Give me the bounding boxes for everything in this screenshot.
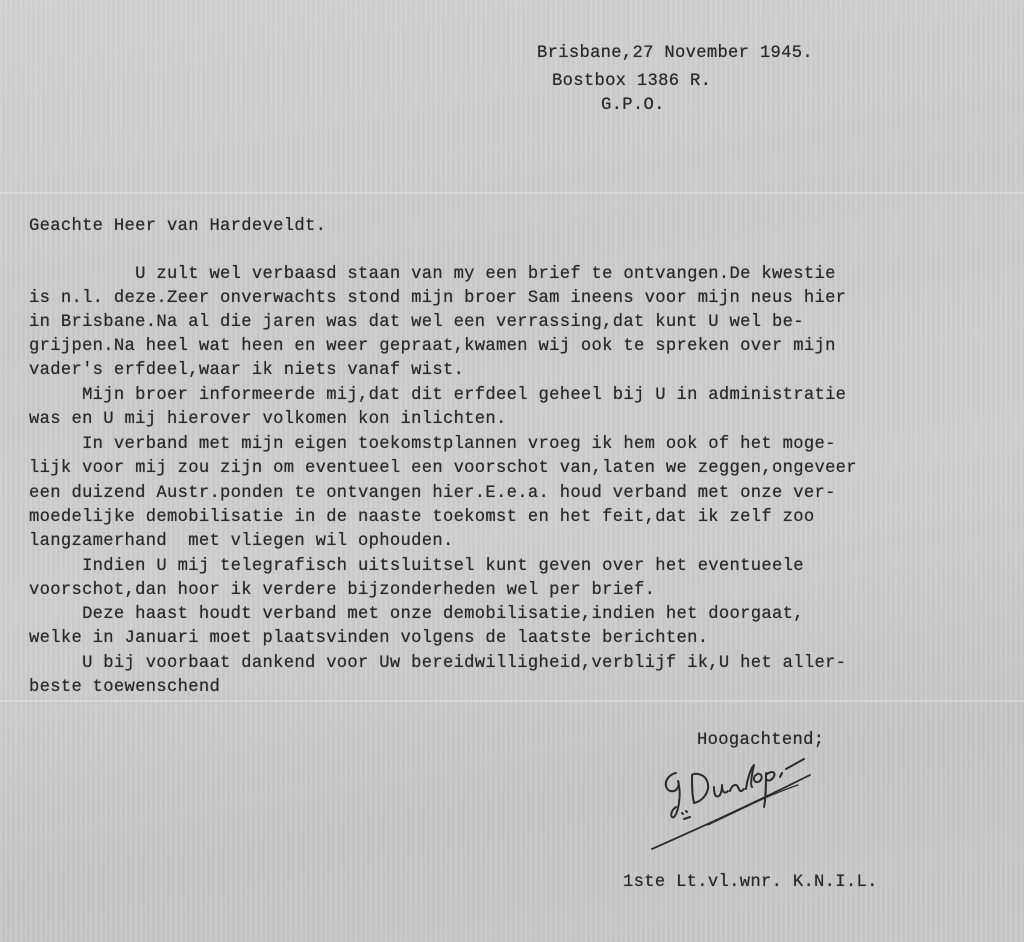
gpo: G.P.O. <box>601 96 665 116</box>
body-line: In verband met mijn eigen toekomstplanne… <box>29 435 836 455</box>
handwritten-signature <box>648 745 818 855</box>
paper-fold <box>0 192 1024 194</box>
postbox: Bostbox 1386 R. <box>552 72 711 92</box>
paper-fold <box>0 700 1024 702</box>
body-line: voorschot,dan hoor ik verdere bijzonderh… <box>29 581 655 601</box>
body-line: in Brisbane.Na al die jaren was dat wel … <box>29 313 804 333</box>
body-line: moedelijke demobilisatie in de naaste to… <box>29 508 814 528</box>
body-line: was en U mij hierover volkomen kon inlic… <box>29 410 507 430</box>
letter-page: Brisbane,27 November 1945. Bostbox 1386 … <box>0 0 1024 942</box>
body-line: langzamerhand met vliegen wil ophouden. <box>29 532 454 552</box>
sign-off-title: 1ste Lt.vl.wnr. K.N.I.L. <box>623 873 878 893</box>
body-line: Deze haast houdt verband met onze demobi… <box>29 605 804 625</box>
body-line: vader's erfdeel,waar ik niets vanaf wist… <box>29 361 464 381</box>
body-line: is n.l. deze.Zeer onverwachts stond mijn… <box>29 289 846 309</box>
body-line: lijk voor mij zou zijn om eventueel een … <box>29 459 857 479</box>
salutation: Geachte Heer van Hardeveldt. <box>29 217 326 237</box>
body-line: beste toewenschend <box>29 678 220 698</box>
body-line: welke in Januari moet plaatsvinden volge… <box>29 629 708 649</box>
body-line: Mijn broer informeerde mij,dat dit erfde… <box>29 386 846 406</box>
body-line: U zult wel verbaasd staan van my een bri… <box>29 265 836 285</box>
place-date: Brisbane,27 November 1945. <box>537 44 813 64</box>
body-line: Indien U mij telegrafisch uitsluitsel ku… <box>29 557 804 577</box>
body-line: grijpen.Na heel wat heen en weer gepraat… <box>29 337 836 357</box>
body-line: een duizend Austr.ponden te ontvangen hi… <box>29 484 836 504</box>
body-line: U bij voorbaat dankend voor Uw bereidwil… <box>29 654 846 674</box>
